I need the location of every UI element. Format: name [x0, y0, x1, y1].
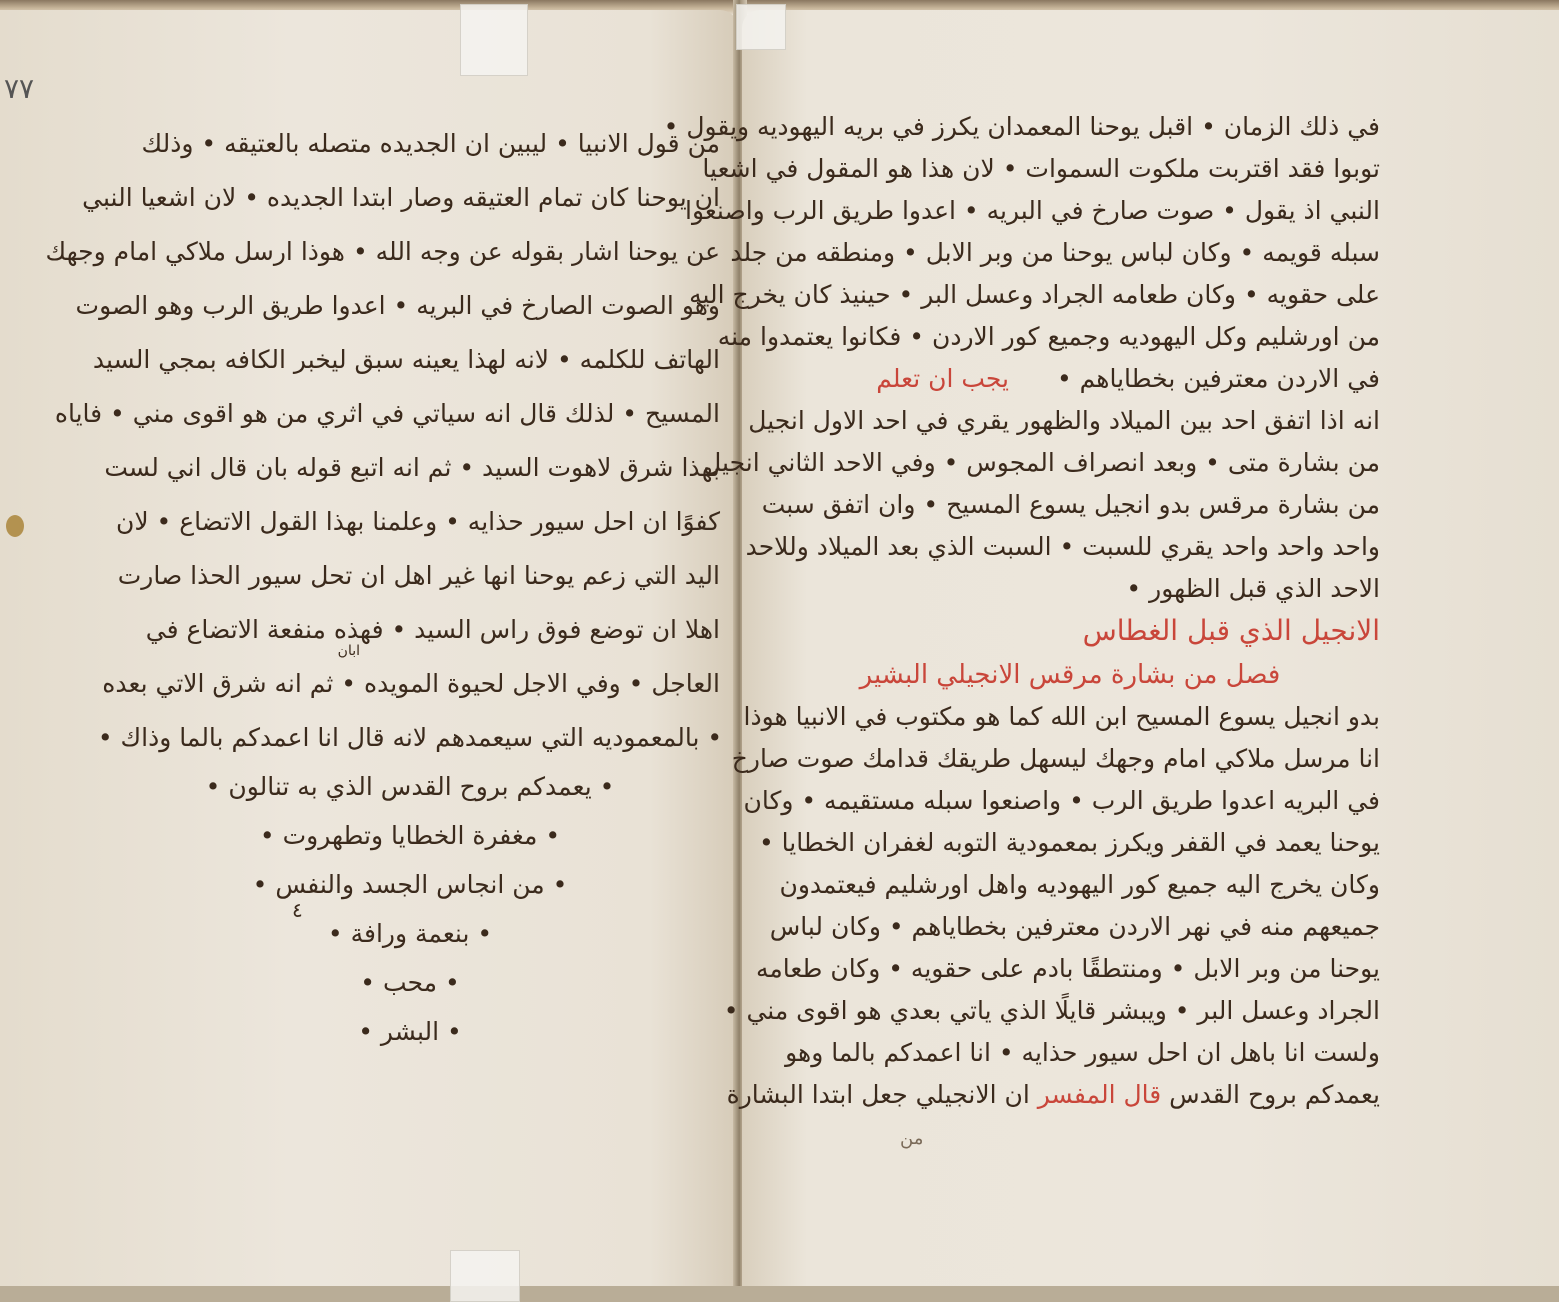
left-line-9: اليد التي زعم يوحنا انها غير اهل ان تحل …	[118, 559, 720, 593]
page-number: ٤	[292, 898, 303, 922]
right-line-1: في ذلك الزمان • اقبل يوحنا المعمدان يكرز…	[664, 110, 1380, 144]
right-line-16: في البريه اعدوا طريق الرب • واصنعوا سبله…	[743, 784, 1380, 818]
right-line-6: من اورشليم وكل اليهوديه وجميع كور الاردن…	[718, 320, 1380, 354]
right-line-5: على حقويه • وكان طعامه الجراد وعسل البر …	[689, 278, 1380, 312]
left-line-1: من قول الانبيا • ليبين ان الجديده متصله …	[142, 127, 720, 161]
left-line-6: المسيح • لذلك قال انه سياتي في اثري من ه…	[55, 397, 720, 431]
right-line-17: يوحنا يعمد في القفر ويكرز بمعمودية التوب…	[759, 826, 1380, 860]
right-line-12: الاحد الذي قبل الظهور •	[1126, 572, 1380, 606]
right-line-7: في الاردن معترفين بخطاياهم • يجب ان تعلم	[876, 362, 1380, 396]
right-line-21: الجراد وعسل البر • ويبشر قايلًا الذي يات…	[724, 994, 1380, 1028]
right-line-20: يوحنا من وبر الابل • ومنتطقًا بادم على ح…	[756, 952, 1380, 986]
left-centered-line-7: • البشر •	[358, 1015, 462, 1049]
right-line-23: يعمدكم بروح القدس قال المفسر ان الانجيلي…	[727, 1078, 1380, 1112]
left-line-5: الهاتف للكلمه • لانه لهذا يعينه سبق ليخب…	[93, 343, 720, 377]
left-line-7: بهذا شرق لاهوت السيد • ثم انه اتبع قوله …	[104, 451, 720, 485]
right-line-19: جميعهم منه في نهر الاردن معترفين بخطاياه…	[770, 910, 1380, 944]
right-page: في ذلك الزمان • اقبل يوحنا المعمدان يكرز…	[742, 10, 1559, 1286]
left-centered-line-5: • بنعمة ورافة •	[328, 917, 492, 951]
left-centered-line-4: • من انجاس الجسد والنفس •	[253, 868, 568, 902]
right-line-7-text: في الاردن معترفين بخطاياهم •	[1057, 364, 1380, 393]
left-line-3: عن يوحنا اشار بقوله عن وجه الله • هوذا ا…	[46, 235, 720, 269]
interlinear-note: ابان	[338, 643, 360, 659]
right-line-10: من بشارة مرقس بدو انجيل يسوع المسيح • وا…	[762, 488, 1380, 522]
paper-tab-top-right	[736, 4, 786, 50]
catchword: من	[900, 1128, 923, 1149]
right-line-4: سبله قويمه • وكان لباس يوحنا من وبر الاب…	[730, 236, 1380, 270]
left-line-8: كفوًا ان احل سيور حذايه • وعلمنا بهذا ال…	[116, 505, 720, 539]
right-line-9: من بشارة متى • وبعد انصراف المجوس • وفي …	[703, 446, 1380, 480]
right-line-23-text: يعمدكم بروح القدس	[1169, 1080, 1380, 1109]
left-line-10: اهلا ان توضع فوق راس السيد • فهذه منفعة …	[146, 613, 720, 647]
paper-tab-bottom	[450, 1250, 520, 1286]
rubric-heading-mark-reading: فصل من بشارة مرقس الانجيلي البشير	[860, 658, 1281, 692]
manuscript-spread: ٧٧ من قول الانبيا • ليبين ان الجديده متص…	[0, 0, 1559, 1286]
right-line-11: واحد واحد واحد يقري للسبت • السبت الذي ب…	[746, 530, 1380, 564]
rubric-commentator-said: قال المفسر	[1038, 1080, 1161, 1109]
left-centered-line-6: • محب •	[360, 966, 459, 1000]
left-line-11: العاجل • وفي الاجل لحيوة المويده • ثم ان…	[102, 667, 720, 701]
rubric-heading-must-know: يجب ان تعلم	[876, 364, 1009, 393]
right-line-15: انا مرسل ملاكي امام وجهك ليسهل طريقك قدا…	[732, 742, 1380, 776]
right-line-23-continuation: ان الانجيلي جعل ابتدا البشارة	[727, 1080, 1030, 1109]
right-line-8: انه اذا اتفق احد بين الميلاد والظهور يقر…	[748, 404, 1380, 438]
right-line-22: ولست انا باهل ان احل سيور حذايه • انا اع…	[785, 1036, 1380, 1070]
left-text-block: من قول الانبيا • ليبين ان الجديده متصله …	[100, 127, 720, 1227]
right-line-14: بدو انجيل يسوع المسيح ابن الله كما هو مك…	[744, 700, 1380, 734]
left-centered-line-3: • مغفرة الخطايا وتطهروت •	[260, 819, 560, 853]
paper-tab-top	[460, 4, 528, 76]
left-page: ٧٧ من قول الانبيا • ليبين ان الجديده متص…	[0, 10, 738, 1286]
right-text-block: في ذلك الزمان • اقبل يوحنا المعمدان يكرز…	[760, 110, 1380, 1210]
left-line-2: ان يوحنا كان تمام العتيقه وصار ابتدا الج…	[82, 181, 720, 215]
right-line-18: وكان يخرج اليه جميع كور اليهوديه واهل او…	[780, 868, 1381, 902]
left-centered-line-2: • يعمدكم بروح القدس الذي به تنالون •	[206, 770, 615, 804]
left-centered-line-1: • بالمعموديه التي سيعمدهم لانه قال انا ا…	[98, 721, 722, 755]
right-line-2: توبوا فقد اقتربت ملكوت السموات • لان هذا…	[702, 152, 1380, 186]
ink-stain	[6, 515, 24, 537]
right-line-3: النبي اذ يقول • صوت صارخ في البريه • اعد…	[685, 194, 1380, 228]
rubric-heading-gospel-before-epiphany: الانجيل الذي قبل الغطاس	[1083, 614, 1380, 648]
folio-mark: ٧٧	[4, 72, 34, 105]
left-line-4: وهو الصوت الصارخ في البريه • اعدوا طريق …	[76, 289, 720, 323]
